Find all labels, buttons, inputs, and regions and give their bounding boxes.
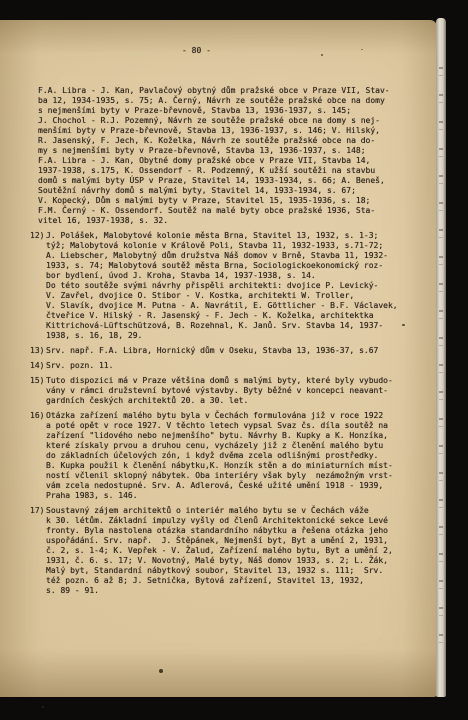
- footnote-line: domů s malými byty ÚSP v Praze, Stavitel…: [38, 176, 419, 186]
- footnote-line: Kittrichová-Lüftschützová, B. Rozehnal, …: [46, 321, 419, 331]
- footnote-line: které získaly prvou a druhou cenu, vychá…: [46, 441, 419, 451]
- footnote-line: Soutěžní návrhy domů s malými byty, Stav…: [38, 186, 419, 196]
- footnote-line: F.M. Černý - K. Ossendorf. Soutěž na mal…: [38, 206, 419, 216]
- footnote-line: A. Liebscher, Malobytný dům družstva Náš…: [46, 251, 419, 261]
- footnote-line: V. Zavřel, dvojice O. Stibor - V. Kostka…: [46, 291, 419, 301]
- footnote-line: vám zcela nedostupné. Srv. A. Adlerová, …: [46, 481, 419, 491]
- footnote-line: Soustavný zájem architektů o interiér ma…: [46, 506, 419, 516]
- footnote-text: Srv. např. F.A. Libra, Hornický dům v Os…: [46, 346, 419, 356]
- footnote-text: Tuto dispozici má v Praze většina domů s…: [46, 376, 419, 406]
- footnote-line: též pozn. 6 až 8; J. Setnička, Bytová za…: [46, 576, 419, 586]
- footnote-line: uspořádání. Srv. např. J. Štěpánek, Nejm…: [46, 536, 419, 546]
- footnote-line: čtveřice V. Hilský - R. Jasenský - F. Je…: [46, 311, 419, 321]
- footnote-line: 1937-1938, s.175, K. Ossendorf - R. Podz…: [38, 166, 419, 176]
- footnote-line: J. Polášek, Malobytové kolonie města Brn…: [46, 231, 419, 241]
- footnote-item: 17)Soustavný zájem architektů o interiér…: [0, 506, 419, 596]
- footnote-line: F.A. Libra - J. Kan, Pavlačový obytný dů…: [38, 86, 419, 96]
- footnote-line: F.A. Libra - J. Kan, Obytné domy pražské…: [38, 156, 419, 166]
- footnote-line: s nejmenšími byty v Praze-břevnově, Stav…: [38, 106, 419, 116]
- footnote-number: 17): [30, 506, 46, 596]
- footnote-line: fronty. Byla nastolena otázka standardní…: [46, 526, 419, 536]
- footnote-text: Soustavný zájem architektů o interiér ma…: [46, 506, 419, 596]
- footnote-line: a poté opět v roce 1927. V těchto letech…: [46, 421, 419, 431]
- footnote-line: týž; Malobytová kolonie v Králově Poli, …: [46, 241, 419, 251]
- footnote-line: s. 89 - 91.: [46, 586, 419, 596]
- footnote-line: 1933, s. 74; Malobytová soutěž města Brn…: [46, 261, 419, 271]
- footnote-line: V. Slavík, dvojice M. Putna - A. Navráti…: [46, 301, 419, 311]
- footnote-line: B. Kupka použil k členění nábytku,K. Hon…: [46, 461, 419, 471]
- footnote-item: 16)Otázka zařízení malého bytu byla v Če…: [0, 411, 419, 501]
- footnote-number: 12): [30, 231, 46, 341]
- footnote-line: bor bydlení, úvod J. Kroha, Stavba 14, 1…: [46, 271, 419, 281]
- footnote-line: R. Jasenský, F. Jech, K. Koželka, Návrh …: [38, 136, 419, 146]
- footnote-line: vitel 16, 1937-1938, s. 32.: [38, 216, 419, 226]
- footnote-line: č. 2, s. 1-4; K. Vepřek - V. Žalud, Zaří…: [46, 546, 419, 556]
- footnote-line: Malý byt, Standardní nábytkový soubor, S…: [46, 566, 419, 576]
- paper-speck: [402, 324, 405, 326]
- scanned-book-scene: - 80 - F.A. Libra - J. Kan, Pavlačový ob…: [0, 0, 468, 720]
- footnote-line: Tuto dispozici má v Praze většina domů s…: [46, 376, 419, 386]
- footnote-item: 15)Tuto dispozici má v Praze většina dom…: [0, 376, 419, 406]
- footnote-text: J. Polášek, Malobytové kolonie města Brn…: [46, 231, 419, 341]
- footnote-item: 14)Srv. pozn. 11.: [0, 361, 419, 371]
- footnote-number: 13): [30, 346, 46, 356]
- footnote-item: 13)Srv. např. F.A. Libra, Hornický dům v…: [0, 346, 419, 356]
- paper-speck: [361, 49, 363, 50]
- footnote-text: F.A. Libra - J. Kan, Pavlačový obytný dů…: [38, 86, 419, 226]
- paper-speck: [42, 706, 44, 708]
- footnote-number: 16): [30, 411, 46, 501]
- footnote-number: 15): [30, 376, 46, 406]
- book-fore-edge: [436, 18, 446, 697]
- footnote-line: ba 12, 1934-1935, s. 75; A. Černý, Návrh…: [38, 96, 419, 106]
- footnote-line: gardních českých architektů 20. a 30. le…: [46, 396, 419, 406]
- footnote-item: 12)J. Polášek, Malobytové kolonie města …: [0, 231, 419, 341]
- footnote-line: Otázka zařízení malého bytu byla v Čechá…: [46, 411, 419, 421]
- footnote-line: J. Chochol - R.J. Pozemný, Návrh ze sout…: [38, 116, 419, 126]
- footnote-line: Srv. pozn. 11.: [46, 361, 419, 371]
- footnote-line: ností včlenil sklopný nábytek. Oba inter…: [46, 471, 419, 481]
- footnote-number: 14): [30, 361, 46, 371]
- footnote-line: zařízení "lidového nebo nejmenšího" bytu…: [46, 431, 419, 441]
- document-page: - 80 - F.A. Libra - J. Kan, Pavlačový ob…: [0, 20, 437, 697]
- footnote-text: Srv. pozn. 11.: [46, 361, 419, 371]
- footnote-line: vány v rámci družstevní bytové výstavby.…: [46, 386, 419, 396]
- paper-speck: [321, 54, 323, 56]
- footnote-list: F.A. Libra - J. Kan, Pavlačový obytný dů…: [0, 86, 419, 601]
- footnote-line: 1931, č. 6. s. 17; V. Novotný, Malé byty…: [46, 556, 419, 566]
- footnote-line: Do této soutěže svými návrhy přispěli ar…: [46, 281, 419, 291]
- footnote-line: V. Kopecký, Dům s malými byty v Praze, S…: [38, 196, 419, 206]
- paper-speck: [159, 669, 163, 673]
- footnote-line: 1938, s. 16, 18, 29.: [46, 331, 419, 341]
- footnote-line: my s nejmenšími byty v Praze-břevnově, S…: [38, 146, 419, 156]
- footnote-line: Praha 1983, s. 146.: [46, 491, 419, 501]
- page-number: - 80 -: [182, 46, 211, 56]
- fore-edge-print-marks: [439, 58, 443, 657]
- footnote-line: k 30. létům. Základní impulzy vyšly od č…: [46, 516, 419, 526]
- footnote-line: Srv. např. F.A. Libra, Hornický dům v Os…: [46, 346, 419, 356]
- footnote-line: menšími byty v Praze-břevnově, Stavba 13…: [38, 126, 419, 136]
- footnote-line: do základních účelových zón, i když dvěm…: [46, 451, 419, 461]
- footnote-continuation: F.A. Libra - J. Kan, Pavlačový obytný dů…: [0, 86, 419, 226]
- footnote-text: Otázka zařízení malého bytu byla v Čechá…: [46, 411, 419, 501]
